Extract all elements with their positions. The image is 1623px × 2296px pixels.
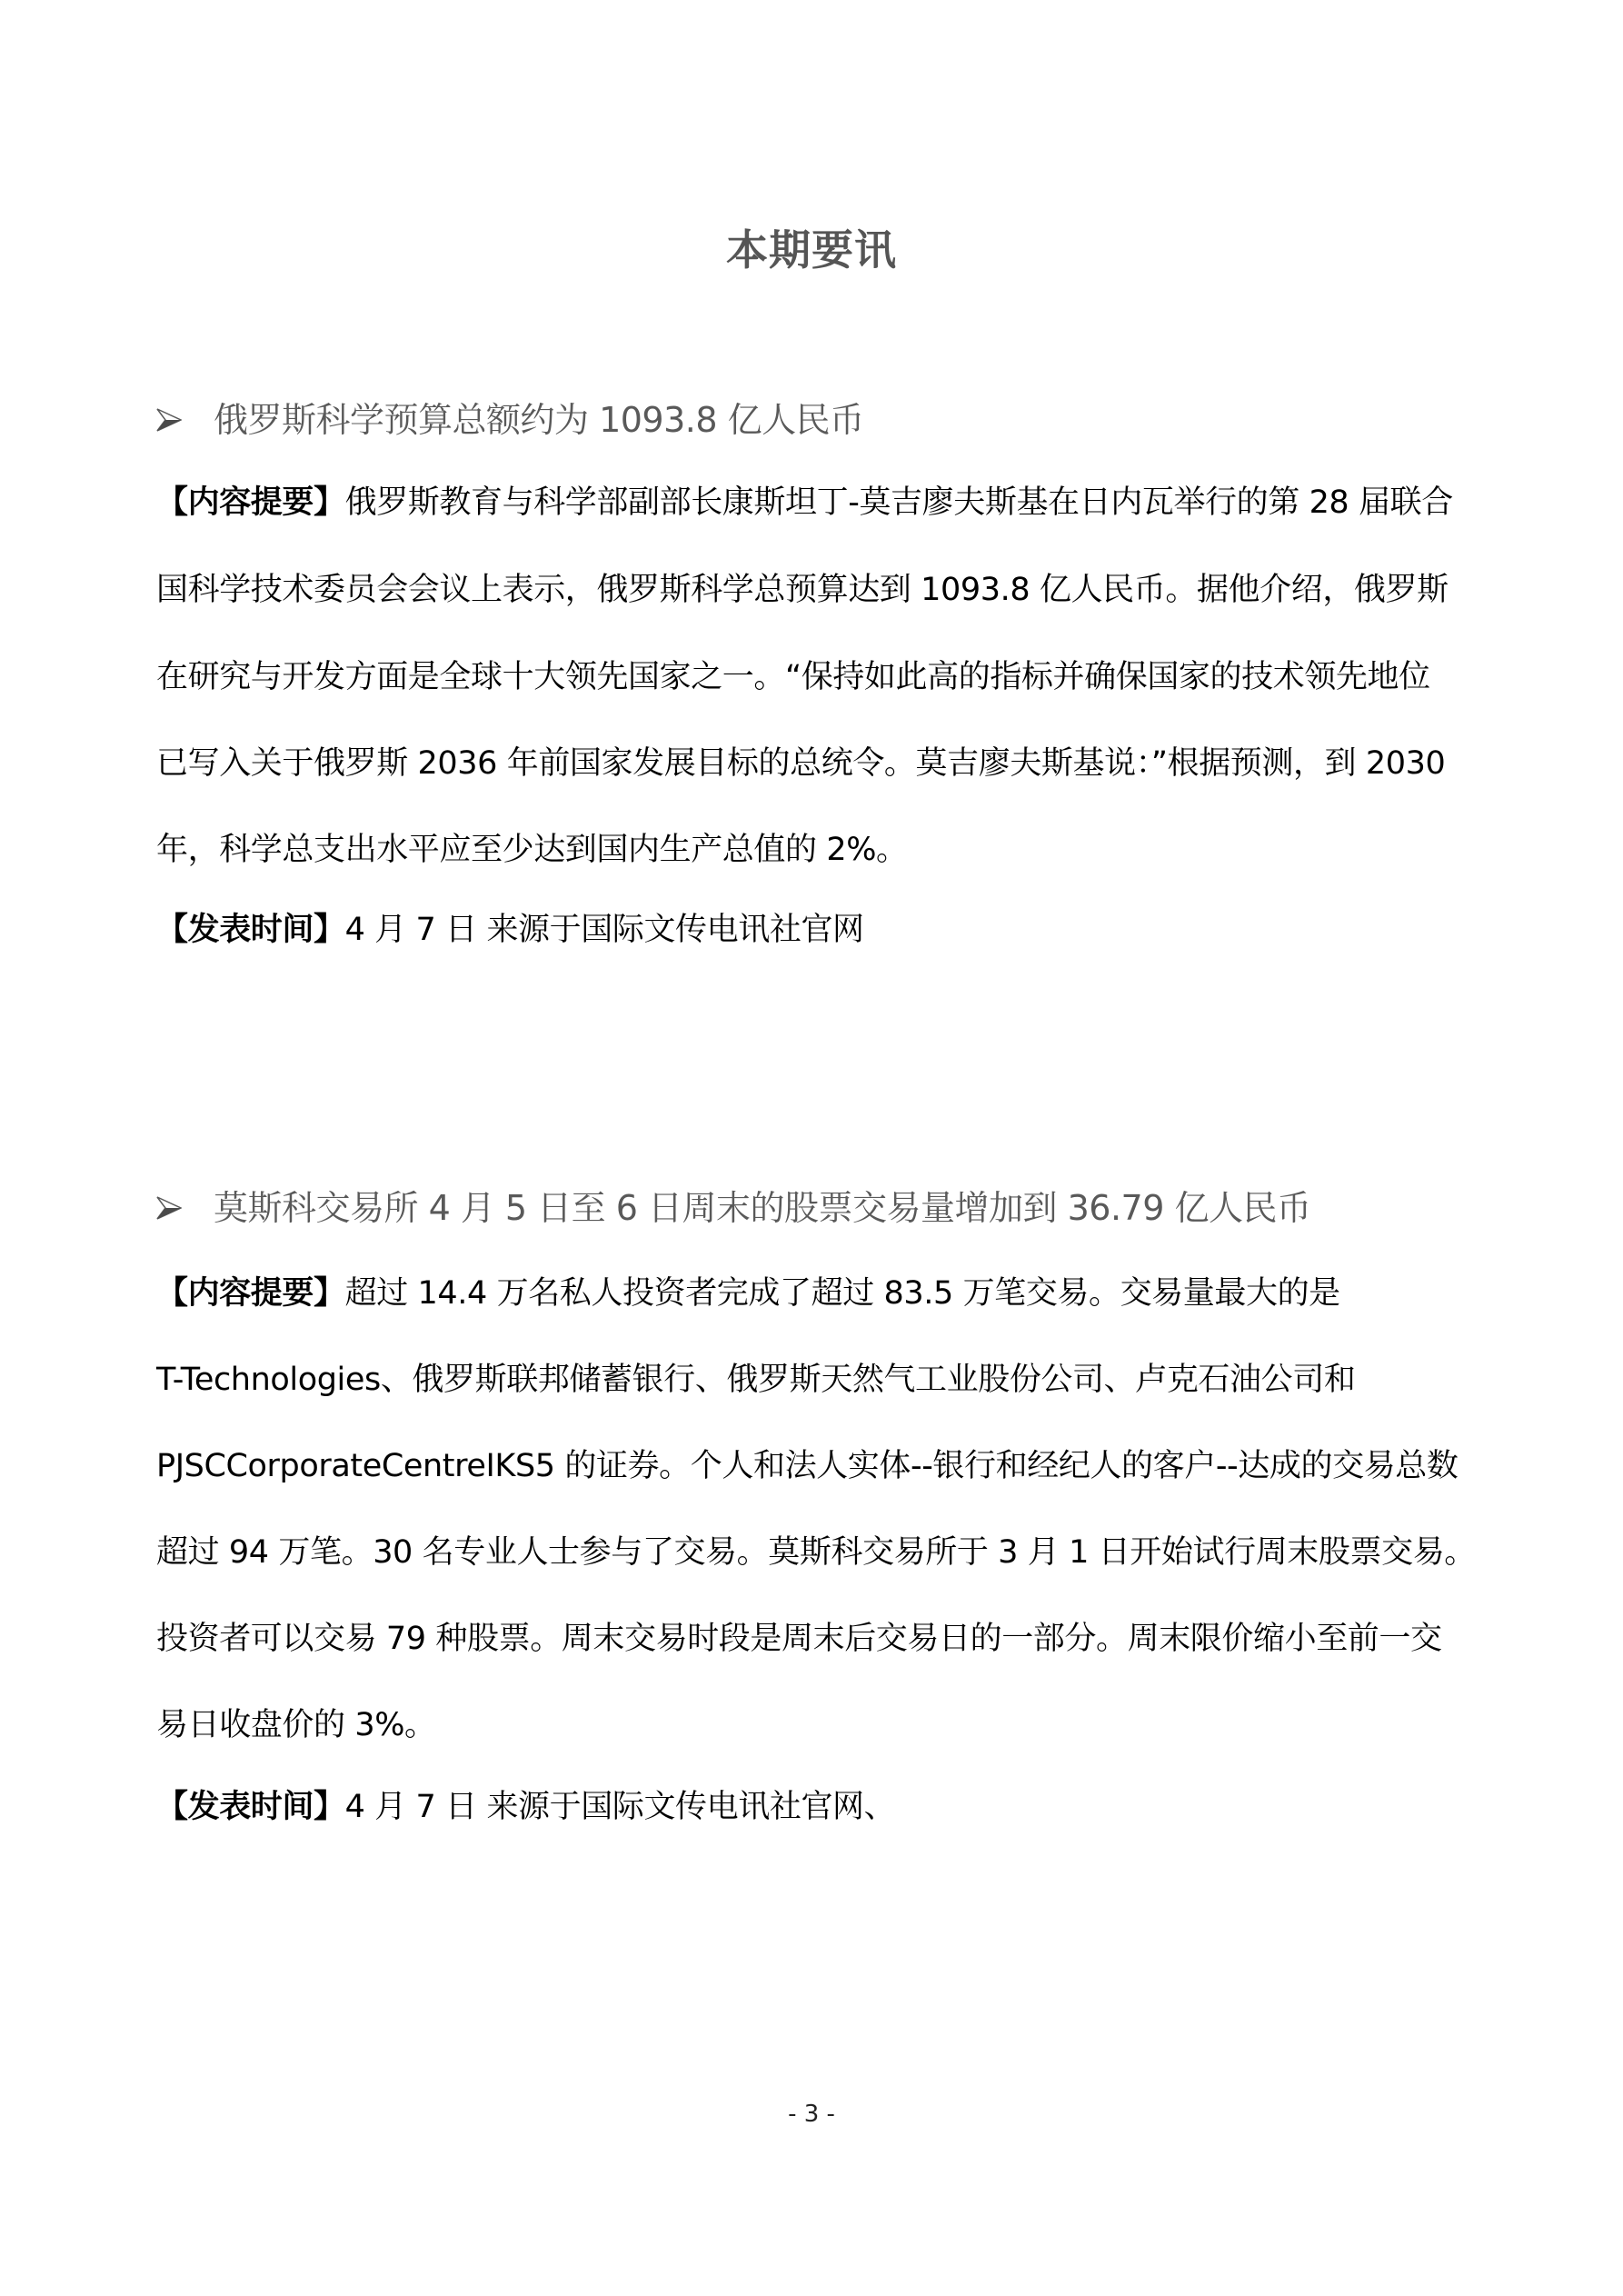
summary-text: 超过 14.4 万名私人投资者完成了超过 83.5 万笔交易。交易量最大的是: [345, 1275, 1340, 1312]
article-summary-line: 【内容提要】俄罗斯教育与科学部副部长康斯坦丁-莫吉廖夫斯基在日内瓦举行的第 28…: [156, 481, 1483, 524]
article-summary-line: 投资者可以交易 79 种股票。周末交易时段是周末后交易日的一部分。周末限价缩小至…: [156, 1617, 1483, 1661]
article-summary-line: 年，科学总支出水平应至少达到国内生产总值的 2%。: [156, 828, 1483, 872]
page-number: - 3 -: [0, 2098, 1623, 2131]
article-heading-text: 俄罗斯科学预算总额约为 1093.8 亿人民币: [214, 397, 864, 443]
article-summary-line: 在研究与开发方面是全球十大领先国家之一。“保持如此高的指标并确保国家的技术领先地…: [156, 655, 1483, 699]
summary-label: 【内容提要】: [156, 484, 345, 521]
published-label: 【发表时间】: [156, 912, 345, 948]
article-summary-line: 易日收盘价的 3%。: [156, 1703, 1483, 1747]
article-published-line: 【发表时间】4 月 7 日 来源于国际文传电讯社官网: [156, 908, 1483, 952]
published-text: 4 月 7 日 来源于国际文传电讯社官网: [345, 912, 864, 948]
article-summary-line: 国科学技术委员会会议上表示，俄罗斯科学总预算达到 1093.8 亿人民币。据他介…: [156, 568, 1483, 612]
article-summary-line: PJSCCorporateCentreIKS5 的证券。个人和法人实体--银行和…: [156, 1444, 1483, 1488]
summary-label: 【内容提要】: [156, 1275, 345, 1312]
published-text: 4 月 7 日 来源于国际文传电讯社官网、: [345, 1789, 896, 1825]
article-summary-line: T-Technologies、俄罗斯联邦储蓄银行、俄罗斯天然气工业股份公司、卢克…: [156, 1358, 1483, 1402]
article-heading-text: 莫斯科交易所 4 月 5 日至 6 日周末的股票交易量增加到 36.79 亿人民…: [214, 1185, 1310, 1231]
article-published-line: 【发表时间】4 月 7 日 来源于国际文传电讯社官网、: [156, 1785, 1483, 1829]
arrow-bullet-icon: [156, 1185, 182, 1231]
summary-text: 俄罗斯教育与科学部副部长康斯坦丁-莫吉廖夫斯基在日内瓦举行的第 28 届联合: [345, 484, 1453, 521]
page-title: 本期要讯: [0, 224, 1623, 276]
article-summary-line: 超过 94 万笔。30 名专业人士参与了交易。莫斯科交易所于 3 月 1 日开始…: [156, 1531, 1483, 1574]
article-summary-line: 【内容提要】超过 14.4 万名私人投资者完成了超过 83.5 万笔交易。交易量…: [156, 1272, 1483, 1315]
article-summary-line: 已写入关于俄罗斯 2036 年前国家发展目标的总统令。莫吉廖夫斯基说：”根据预测…: [156, 742, 1483, 785]
published-label: 【发表时间】: [156, 1789, 345, 1825]
arrow-bullet-icon: [156, 397, 182, 443]
